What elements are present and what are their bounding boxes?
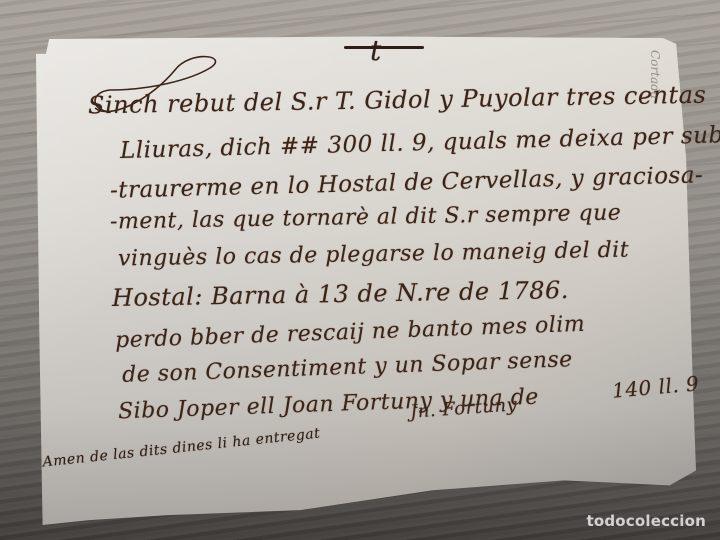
margin-note: Cortada (648, 50, 662, 99)
header-mark: t (370, 34, 382, 67)
watermark-logo: todocoleccion (586, 512, 706, 530)
